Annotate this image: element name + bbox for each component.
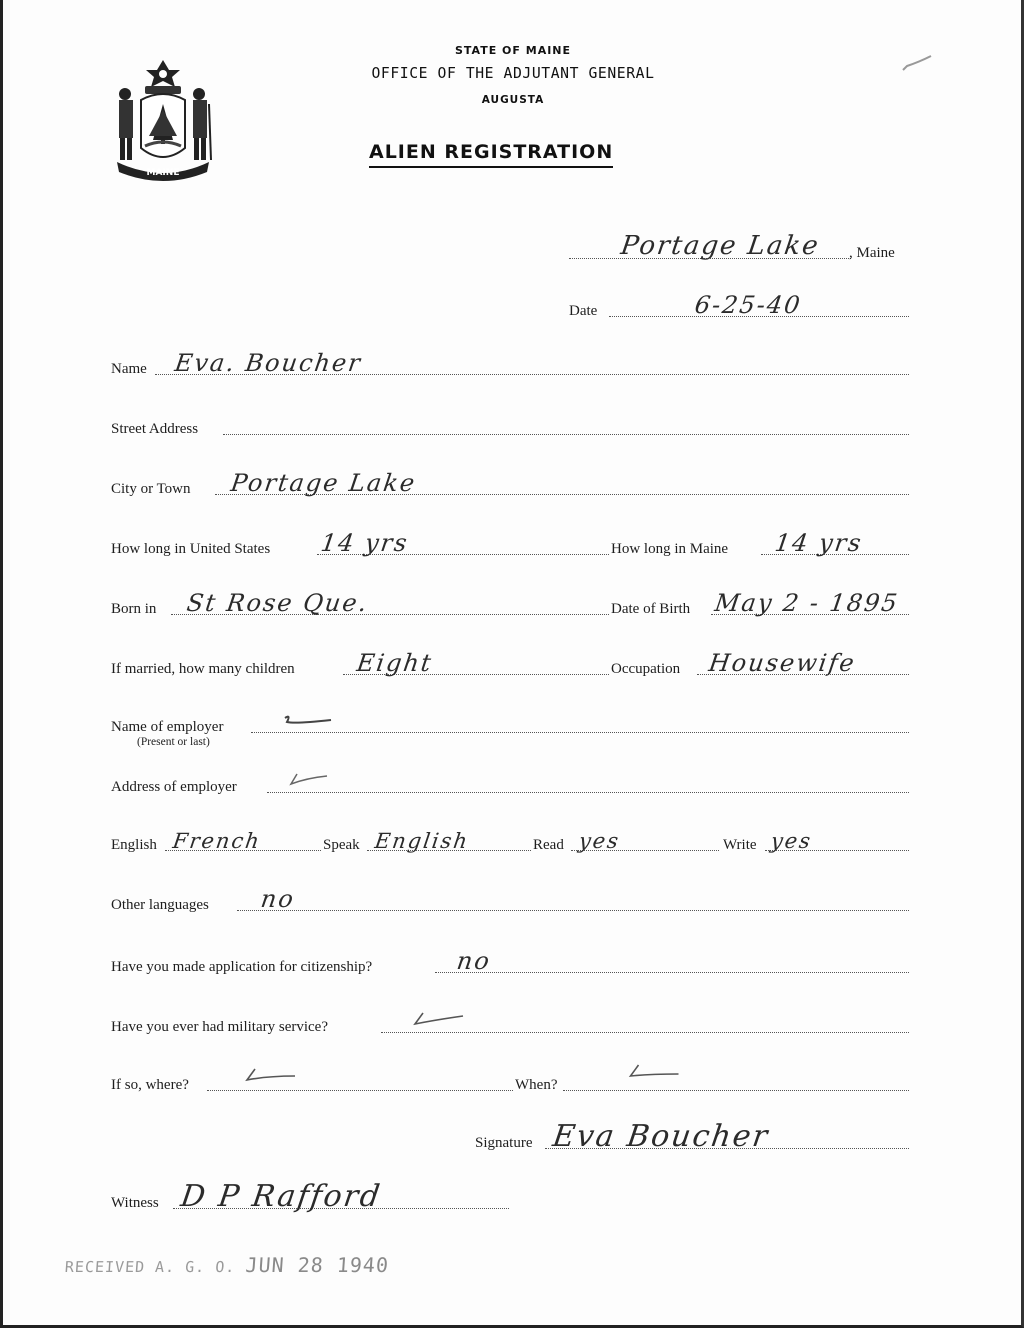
children-label: If married, how many children: [111, 661, 295, 678]
language-skills-row: English French Speak English Read yes Wr…: [111, 830, 909, 854]
header-office: OFFICE OF THE ADJUTANT GENERAL: [314, 64, 713, 82]
english-label: English: [111, 837, 157, 854]
date-label: Date: [569, 303, 597, 320]
citizenship-label: Have you made application for citizenshi…: [111, 959, 372, 976]
when-label: When?: [515, 1077, 557, 1094]
witness-field[interactable]: Witness D P Rafford: [111, 1188, 509, 1212]
other-languages-label: Other languages: [111, 897, 209, 914]
employer-address-dash-mark: [287, 772, 342, 786]
signature-field[interactable]: Signature Eva Boucher: [475, 1128, 909, 1152]
born-in-label: Born in: [111, 601, 156, 618]
how-long-us-label: How long in United States: [111, 541, 270, 558]
birth-row: Born in St Rose Que. Date of Birth May 2…: [111, 594, 909, 618]
born-in-value: St Rose Que.: [185, 589, 370, 617]
received-stamp-text: RECEIVED A. G. O.: [64, 1258, 236, 1276]
occupation-value: Housewife: [707, 649, 858, 677]
military-service-dash-mark: [411, 1012, 466, 1026]
military-details-row: If so, where? When?: [111, 1070, 909, 1094]
svg-text:MAINE: MAINE: [147, 168, 180, 178]
family-row: If married, how many children Eight Occu…: [111, 654, 909, 678]
street-address-field[interactable]: Street Address: [111, 414, 909, 438]
military-service-field[interactable]: Have you ever had military service?: [111, 1012, 909, 1036]
street-address-label: Street Address: [111, 421, 198, 438]
employer-name-field[interactable]: Name of employer: [111, 712, 909, 736]
citizenship-field[interactable]: Have you made application for citizenshi…: [111, 952, 909, 976]
signature-label: Signature: [475, 1135, 533, 1152]
english-value: French: [171, 829, 262, 853]
location-field[interactable]: Portage Lake , Maine: [569, 238, 914, 262]
name-value: Eva. Boucher: [173, 349, 364, 377]
check-mark-icon: [899, 52, 935, 74]
signature-value: Eva Boucher: [551, 1119, 772, 1154]
received-stamp: RECEIVED A. G. O.JUN 28 1940: [64, 1253, 390, 1277]
city-field[interactable]: City or Town Portage Lake: [111, 474, 909, 498]
city-value: Portage Lake: [229, 469, 418, 497]
name-field[interactable]: Name Eva. Boucher: [111, 354, 909, 378]
registration-form-page: MAINE STATE OF MAINE OFFICE OF THE ADJUT…: [0, 0, 1024, 1328]
date-value: 6-25-40: [693, 291, 804, 319]
other-languages-value: no: [259, 885, 297, 913]
citizenship-value: no: [455, 947, 493, 975]
date-of-birth-value: May 2 - 1895: [713, 589, 901, 617]
employer-name-dash-mark: [281, 714, 336, 728]
employer-address-field[interactable]: Address of employer: [111, 772, 909, 796]
date-of-birth-label: Date of Birth: [611, 601, 690, 618]
received-stamp-date: JUN 28 1940: [245, 1253, 390, 1277]
witness-value: D P Rafford: [179, 1179, 384, 1214]
read-value: yes: [577, 829, 621, 853]
witness-label: Witness: [111, 1195, 159, 1212]
form-title: ALIEN REGISTRATION: [369, 141, 613, 168]
if-so-where-label: If so, where?: [111, 1077, 189, 1094]
when-field[interactable]: [563, 1090, 909, 1091]
employer-name-label: Name of employer: [111, 719, 223, 736]
how-long-maine-value: 14 yrs: [773, 529, 864, 557]
employer-address-label: Address of employer: [111, 779, 237, 796]
occupation-label: Occupation: [611, 661, 680, 678]
location-value: Portage Lake: [619, 231, 822, 261]
name-label: Name: [111, 361, 147, 378]
how-long-maine-label: How long in Maine: [611, 541, 728, 558]
how-long-us-value: 14 yrs: [319, 529, 410, 557]
maine-state-seal-icon: MAINE: [111, 58, 215, 182]
location-suffix: , Maine: [849, 245, 895, 262]
write-label: Write: [723, 837, 757, 854]
employer-name-sublabel: (Present or last): [137, 736, 210, 748]
military-service-label: Have you ever had military service?: [111, 1019, 328, 1036]
header-city: AUGUSTA: [303, 94, 723, 106]
city-label: City or Town: [111, 481, 191, 498]
speak-value: English: [373, 829, 470, 853]
other-languages-field[interactable]: Other languages no: [111, 890, 909, 914]
when-dash-mark: [619, 1064, 689, 1078]
write-value: yes: [769, 829, 813, 853]
children-value: Eight: [355, 649, 435, 677]
date-field[interactable]: Date 6-25-40: [569, 296, 909, 320]
if-so-where-field[interactable]: [207, 1090, 513, 1091]
read-label: Read: [533, 837, 564, 854]
speak-label: Speak: [323, 837, 360, 854]
if-so-where-dash-mark: [243, 1068, 298, 1082]
residence-duration-row: How long in United States 14 yrs How lon…: [111, 534, 909, 558]
header-state: STATE OF MAINE: [303, 44, 723, 57]
